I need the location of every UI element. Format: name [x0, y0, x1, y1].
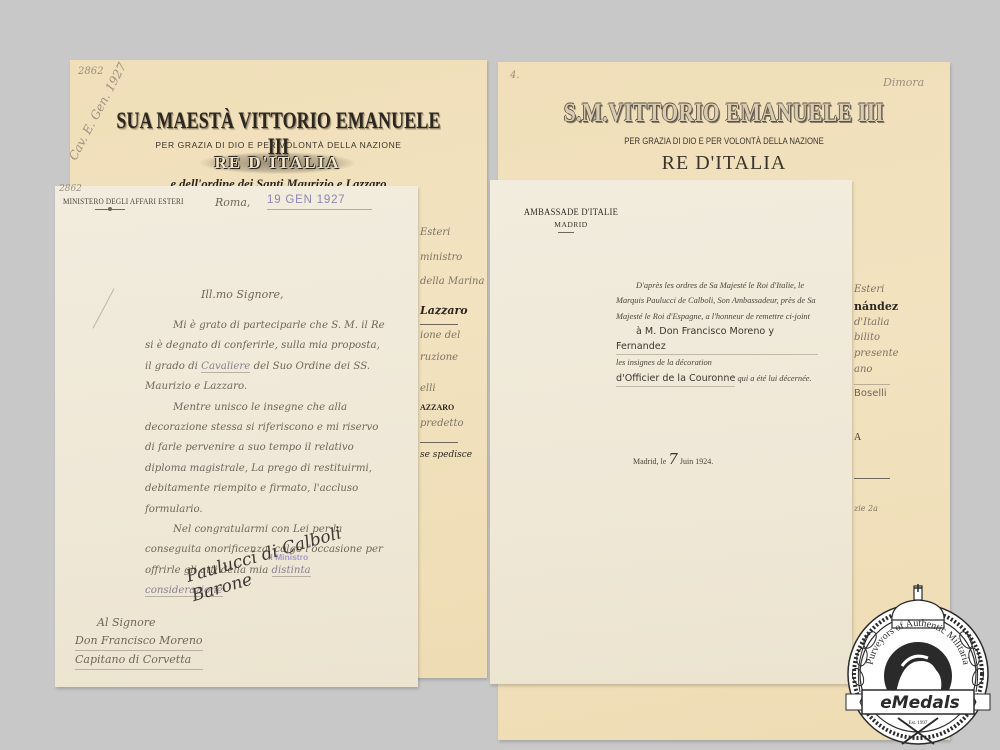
peek-text: bilito: [854, 332, 880, 343]
peek-text: ano: [854, 364, 872, 375]
diploma-re-ditalia: RE D'ITALIA: [200, 152, 355, 174]
pencil-note-corner: 2862: [78, 66, 103, 77]
letter-body: D'après les ordres de Sa Majesté le Roi …: [616, 278, 818, 387]
letter-date: Madrid, le 7 Juin 1924.: [633, 450, 713, 468]
letterhead-ornament-dot: [108, 207, 112, 211]
peek-text: Boselli: [854, 388, 887, 399]
address-line: Capitano di Corvetta: [75, 651, 203, 670]
letterhead-rule: [558, 232, 574, 233]
date-line: [267, 209, 372, 210]
peek-text: della Marina: [420, 276, 484, 287]
peek-text: presente: [854, 348, 899, 359]
peek-text: AZZARO: [420, 403, 454, 412]
peek-text: Esteri: [854, 284, 884, 295]
diploma-subtitle: PER GRAZIA DI DIO E PER VOLONTÀ DELLA NA…: [525, 136, 923, 146]
pencil-note-corner: 2862: [59, 184, 82, 194]
recipient-address: Al Signore Don Francisco Moreno Capitano…: [75, 614, 203, 670]
emedals-watermark-badge: Purveyors of Authentic Militaria eMedals…: [840, 582, 996, 746]
decoration-fill: d'Officier de la Couronne: [616, 371, 735, 387]
diploma-title: S.M.VITTORIO EMANUELE III: [539, 98, 910, 128]
peek-text: Esteri: [420, 227, 450, 238]
date-stamp: 19 GEN 1927: [267, 194, 346, 206]
peek-text: predetto: [420, 418, 463, 429]
divider: [420, 442, 458, 443]
address-line: Al Signore: [75, 614, 203, 632]
recipient-fill: à M. Don Francisco Moreno y Fernandez: [616, 324, 818, 356]
peek-text: zie 2a: [854, 504, 878, 513]
salutation: Ill.mo Signore,: [201, 288, 284, 301]
peek-text: A: [854, 432, 861, 443]
body-text: Mentre unisco le insegne che alla decora…: [145, 398, 389, 520]
address-line: Don Francisco Moreno: [75, 632, 203, 651]
pencil-mark: [92, 288, 114, 328]
letter-ministry: 2862 MINISTERO DEGLI AFFARI ESTERI Roma,…: [55, 186, 418, 687]
letter-embassy: AMBASSADE D'ITALIE MADRID D'après les or…: [490, 180, 852, 684]
pencil-note-corner: 4.: [510, 70, 520, 81]
peek-text: se spedisce: [420, 450, 472, 460]
peek-text: nández: [854, 300, 898, 313]
body-text: D'après les ordres de Sa Majesté le Roi …: [616, 281, 816, 321]
letter-place: Roma,: [215, 196, 250, 209]
badge-est: Est. 1997: [909, 721, 928, 726]
emedals-logo-icon: Purveyors of Authentic Militaria eMedals…: [840, 582, 996, 746]
diploma-re-ditalia: RE D'ITALIA: [498, 152, 950, 175]
date-suffix: Juin 1924.: [680, 457, 713, 466]
letterhead: AMBASSADE D'ITALIE: [498, 208, 644, 218]
badge-brand: eMedals: [880, 693, 960, 713]
peek-text: ruzione: [420, 352, 458, 363]
date-day: 7: [668, 450, 678, 468]
body-text: qui a été lui décernée.: [737, 374, 811, 383]
divider: [854, 384, 890, 385]
rank-fill: Cavaliere: [201, 361, 250, 373]
divider: [854, 478, 890, 479]
date-prefix: Madrid, le: [633, 457, 666, 466]
letterhead-city: MADRID: [490, 220, 652, 229]
diploma-subtitle: PER GRAZIA DI DIO E PER VOLONTÀ DELLA NA…: [70, 140, 487, 150]
pencil-note-right: Dimora: [883, 76, 924, 89]
peek-text: elli: [420, 383, 436, 394]
divider: [420, 324, 458, 325]
body-text: les insignes de la décoration: [616, 358, 712, 367]
peek-text: ministro: [420, 252, 462, 263]
peek-text: ione del: [420, 330, 460, 341]
peek-text: d'Italia: [854, 317, 889, 328]
letterhead: MINISTERO DEGLI AFFARI ESTERI: [63, 196, 184, 206]
peek-text: Lazzaro: [420, 304, 468, 317]
